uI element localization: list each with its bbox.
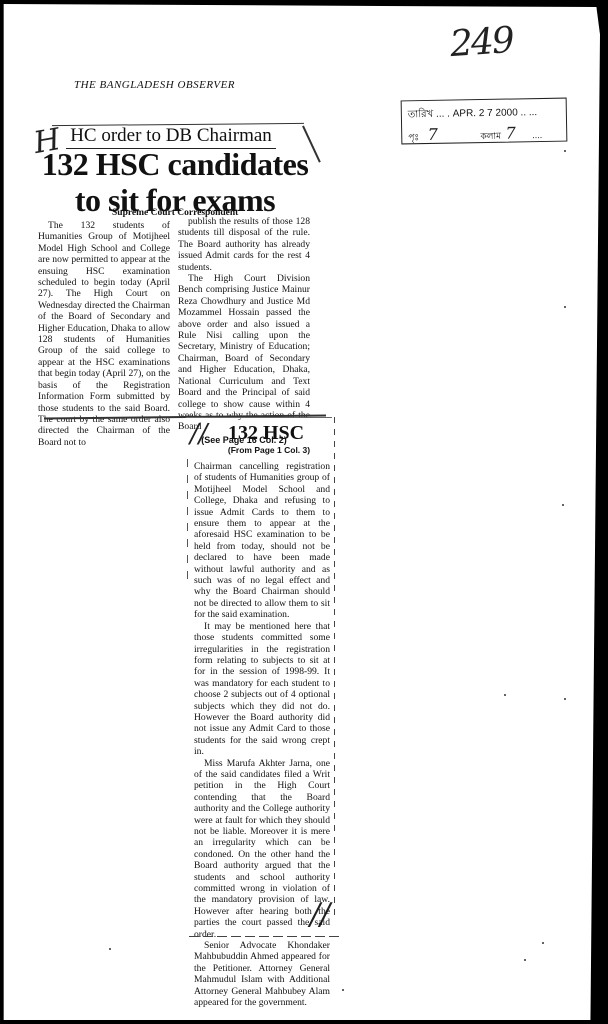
paragraph: The High Court Division Bench comprising… (178, 273, 310, 433)
stamp-date-row: তারিখ ... . APR. 2 7 2000 .. ... (408, 105, 538, 124)
stamp-column-label: কলাম (480, 129, 501, 144)
scanned-page: 249 THE BANGLADESH OBSERVER তারিখ ... . … (3, 4, 600, 1020)
scan-speck (564, 150, 566, 152)
scan-speck (524, 959, 526, 961)
article-column-2: publish the results of those 128 student… (178, 216, 310, 446)
scan-speck (564, 698, 566, 700)
clipping-border (187, 459, 188, 579)
scan-speck (562, 504, 564, 506)
jump-from-note: (From Page 1 Col. 3) (219, 445, 319, 455)
paragraph: Miss Marufa Akhter Jarna, one of the sai… (194, 758, 330, 941)
paragraph: Chairman cancelling registration of stud… (194, 461, 330, 621)
clipping-border (334, 417, 335, 917)
date-stamp: তারিখ ... . APR. 2 7 2000 .. ... পৃঃ 7 ক… (401, 98, 568, 145)
scan-speck (342, 989, 344, 991)
stamp-page-row: পৃঃ 7 কলাম 7 .... (408, 123, 542, 145)
scan-speck (109, 948, 111, 950)
scan-speck (542, 942, 544, 944)
stamp-page-value: 7 (427, 125, 438, 144)
clipping-border (186, 417, 332, 418)
paragraph: publish the results of those 128 student… (178, 216, 310, 273)
stamp-page-label: পৃঃ (408, 130, 419, 145)
article-column-1: The 132 students of Humanities Group of … (38, 220, 170, 448)
paragraph: It may be mentioned here that those stud… (194, 621, 330, 758)
jump-headline: 132 HSC (226, 422, 306, 445)
clipping-border (189, 936, 339, 937)
stamp-date-value: APR. 2 7 2000 (453, 107, 518, 119)
newspaper-masthead: THE BANGLADESH OBSERVER (74, 79, 235, 91)
scan-speck (564, 306, 566, 308)
paragraph: The 132 students of Humanities Group of … (38, 220, 170, 448)
handwritten-mark: // (190, 419, 208, 449)
scan-speck (504, 694, 506, 696)
jump-column: Chairman cancelling registration of stud… (194, 461, 330, 1009)
stamp-column-value: 7 (505, 123, 516, 142)
paragraph: Senior Advocate Khondaker Mahbubuddin Ah… (194, 940, 330, 1008)
stamp-date-label: তারিখ (408, 109, 434, 120)
handwritten-page-number: 249 (449, 20, 514, 65)
